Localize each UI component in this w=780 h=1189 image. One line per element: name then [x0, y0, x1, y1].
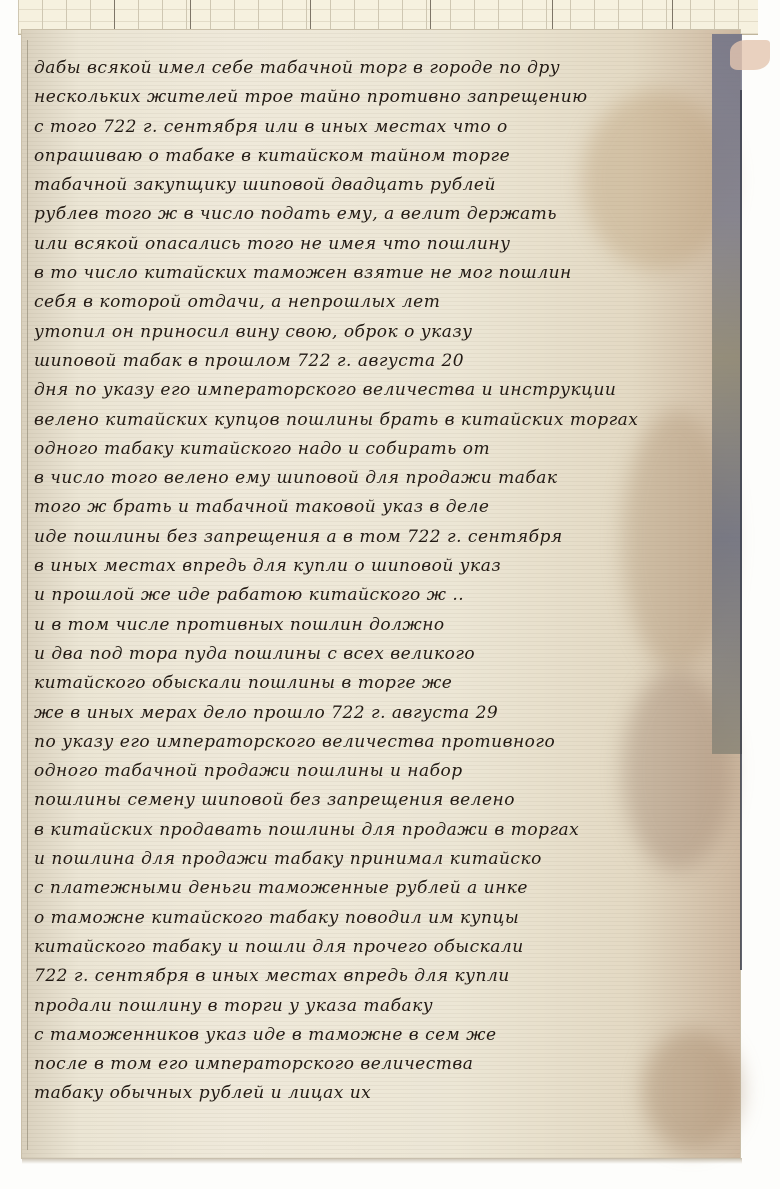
text-line: опрашиваю о табаке в китайском тайном то…	[34, 142, 734, 171]
text-line: и пошлина для продажи табаку принимал ки…	[34, 845, 734, 874]
grid-line	[672, 0, 673, 34]
text-line: в то число китайских таможен взятие не м…	[34, 259, 734, 288]
text-line: с таможенников указ иде в таможне в сем …	[34, 1021, 734, 1050]
text-line: и в том числе противных пошлин должно	[34, 611, 734, 640]
text-line: китайского табаку и пошли для прочего об…	[34, 933, 734, 962]
text-line: иде пошлины без запрещения а в том 722 г…	[34, 523, 734, 552]
text-line: о таможне китайского табаку поводил им к…	[34, 904, 734, 933]
text-line: и два под тора пуда пошлины с всех велик…	[34, 640, 734, 669]
text-line	[34, 1109, 734, 1138]
text-line: же в иных мерах дело прошло 722 г. авгус…	[34, 699, 734, 728]
text-line: табаку обычных рублей и лицах их	[34, 1079, 734, 1108]
grid-line	[190, 0, 191, 34]
text-line: рублев того ж в число подать ему, а вели…	[34, 200, 734, 229]
text-line: в иных местах впредь для купли о шиповой…	[34, 552, 734, 581]
text-line: с платежными деньги таможенные рублей а …	[34, 874, 734, 903]
text-line: дня по указу его императорского величест…	[34, 376, 734, 405]
page-bottom-shadow	[22, 1158, 742, 1164]
text-line: в число того велено ему шиповой для прод…	[34, 464, 734, 493]
text-line: одного табачной продажи пошлины и набор	[34, 757, 734, 786]
text-line: 722 г. сентября в иных местах впредь для…	[34, 962, 734, 991]
handwritten-text: дабы всякой имел себе табачной торг в го…	[34, 54, 734, 1138]
text-line: по указу его императорского величества п…	[34, 728, 734, 757]
text-line: нескольких жителей трое тайно противно з…	[34, 83, 734, 112]
text-line: себя в которой отдачи, а непрошлых лет	[34, 288, 734, 317]
text-line: после в том его императорского величеств…	[34, 1050, 734, 1079]
text-line: китайского обыскали пошлины в торге же	[34, 669, 734, 698]
text-line: с того 722 г. сентября или в иных местах…	[34, 113, 734, 142]
text-line: одного табаку китайского надо и собирать…	[34, 435, 734, 464]
grid-line	[430, 0, 431, 34]
margin-line	[27, 40, 28, 1150]
paper-tear	[730, 40, 770, 70]
text-line: продали пошлину в торги у указа табаку	[34, 992, 734, 1021]
text-line: шиповой табак в прошлом 722 г. августа 2…	[34, 347, 734, 376]
grid-line	[552, 0, 553, 34]
page-edge	[740, 90, 742, 970]
grid-line	[114, 0, 115, 34]
text-line: табачной закупщику шиповой двадцать рубл…	[34, 171, 734, 200]
text-line: утопил он приносил вину свою, оброк о ук…	[34, 318, 734, 347]
text-line: или всякой опасались того не имея что по…	[34, 230, 734, 259]
text-line: того ж брать и табачной таковой указ в д…	[34, 493, 734, 522]
text-line: велено китайских купцов пошлины брать в …	[34, 406, 734, 435]
text-line: дабы всякой имел себе табачной торг в го…	[34, 54, 734, 83]
text-line: и прошлой же иде рабатою китайского ж ..	[34, 581, 734, 610]
grid-line	[310, 0, 311, 34]
text-line: пошлины семену шиповой без запрещения ве…	[34, 786, 734, 815]
text-line: в китайских продавать пошлины для продаж…	[34, 816, 734, 845]
